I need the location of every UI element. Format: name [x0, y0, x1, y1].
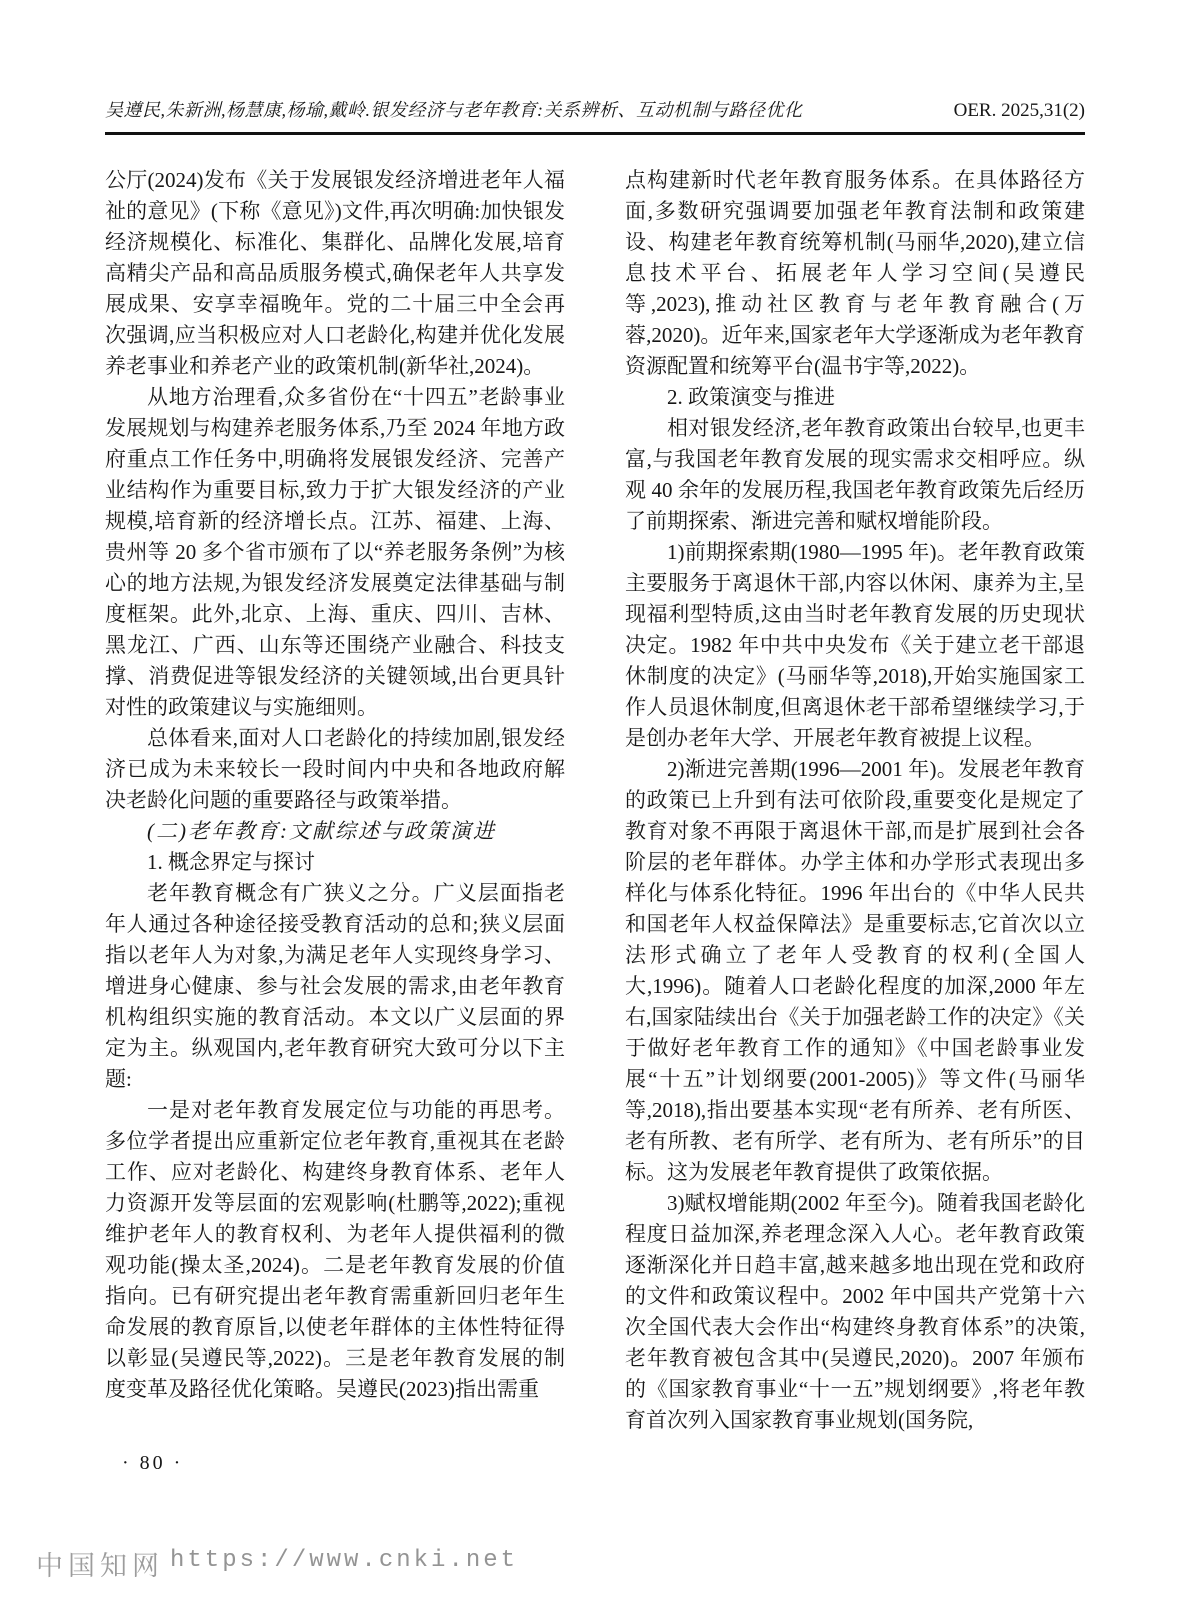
left-column: 公厅(2024)发布《关于发展银发经济增进老年人福祉的意见》(下称《意见》)文件… — [105, 165, 565, 1436]
section-heading: (二)老年教育:文献综述与政策演进 — [105, 816, 565, 847]
paragraph: 相对银发经济,老年教育政策出台较早,也更丰富,与我国老年教育发展的现实需求交相呼… — [625, 413, 1085, 537]
paragraph: 3)赋权增能期(2002 年至今)。随着我国老龄化程度日益加深,养老理念深入人心… — [625, 1188, 1085, 1436]
subsection-heading: 2. 政策演变与推进 — [625, 382, 1085, 413]
cnki-watermark-url: https://www.cnki.net — [170, 1547, 518, 1574]
cnki-watermark-logo-text: 中国知网 — [36, 1544, 164, 1583]
paragraph: 点构建新时代老年教育服务体系。在具体路径方面,多数研究强调要加强老年教育法制和政… — [625, 165, 1085, 382]
running-title: 吴遵民,朱新洲,杨慧康,杨瑜,戴岭.银发经济与老年教育:关系辨析、互动机制与路径… — [105, 96, 803, 122]
paragraph: 2)渐进完善期(1996—2001 年)。发展老年教育的政策已上升到有法可依阶段… — [625, 754, 1085, 1188]
journal-page: 吴遵民,朱新洲,杨慧康,杨瑜,戴岭.银发经济与老年教育:关系辨析、互动机制与路径… — [0, 0, 1190, 1616]
paragraph: 总体看来,面对人口老龄化的持续加剧,银发经济已成为未来较长一段时间内中央和各地政… — [105, 723, 565, 816]
running-header: 吴遵民,朱新洲,杨慧康,杨瑜,戴岭.银发经济与老年教育:关系辨析、互动机制与路径… — [105, 96, 1085, 135]
article-body: 公厅(2024)发布《关于发展银发经济增进老年人福祉的意见》(下称《意见》)文件… — [105, 165, 1085, 1436]
subsection-heading: 1. 概念界定与探讨 — [105, 847, 565, 878]
paragraph: 一是对老年教育发展定位与功能的再思考。多位学者提出应重新定位老年教育,重视其在老… — [105, 1095, 565, 1405]
paragraph: 老年教育概念有广狭义之分。广义层面指老年人通过各种途径接受教育活动的总和;狭义层… — [105, 878, 565, 1095]
paragraph: 公厅(2024)发布《关于发展银发经济增进老年人福祉的意见》(下称《意见》)文件… — [105, 165, 565, 382]
paragraph: 从地方治理看,众多省份在“十四五”老龄事业发展规划与构建养老服务体系,乃至 20… — [105, 382, 565, 723]
right-column: 点构建新时代老年教育服务体系。在具体路径方面,多数研究强调要加强老年教育法制和政… — [625, 165, 1085, 1436]
page-number: · 80 · — [122, 1452, 183, 1475]
paragraph: 1)前期探索期(1980—1995 年)。老年教育政策主要服务于离退休干部,内容… — [625, 537, 1085, 754]
journal-issue-info: OER. 2025,31(2) — [954, 100, 1085, 122]
